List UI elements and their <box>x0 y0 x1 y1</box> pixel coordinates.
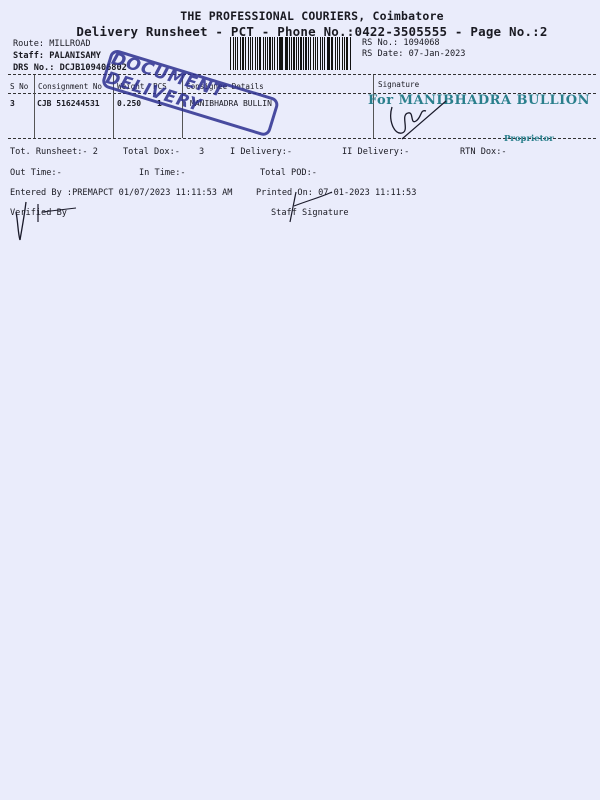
header-sno: S No <box>10 82 28 91</box>
total-dox-label: Total Dox:- <box>123 147 180 157</box>
column-divider <box>34 75 35 138</box>
barcode <box>230 37 352 70</box>
verifier-signature-icon <box>8 198 78 243</box>
rs-number: RS No.: 1094068 <box>362 38 440 48</box>
company-title: THE PROFESSIONAL COURIERS, Coimbatore <box>12 9 600 23</box>
i-delivery: I Delivery:- <box>230 147 292 157</box>
total-dox-value: 3 <box>199 147 204 157</box>
header-consignment-no: Consignment No <box>38 82 102 91</box>
rs-date: RS Date: 07-Jan-2023 <box>362 49 465 59</box>
staff-signature-icon <box>280 190 350 225</box>
staff-label: Staff: PALANISAMY <box>13 51 101 61</box>
cell-consignment-no: CJB 516244531 <box>37 99 100 108</box>
rtn-dox: RTN Dox:- <box>460 147 507 157</box>
ii-delivery: II Delivery:- <box>342 147 409 157</box>
tot-runsheet: Tot. Runsheet:- 2 <box>10 147 98 157</box>
entered-by: Entered By :PREMAPCT 01/07/2023 11:11:53… <box>10 188 232 198</box>
cell-sno: 3 <box>10 99 15 108</box>
header-signature: Signature <box>378 80 419 89</box>
out-time: Out Time:- <box>10 168 62 178</box>
divider <box>8 74 596 75</box>
cell-weight: 0.250 <box>117 99 141 108</box>
proprietor-label: Proprietor <box>504 134 554 144</box>
in-time: In Time:- <box>139 168 186 178</box>
receiver-signature-icon <box>380 95 460 145</box>
total-pod: Total POD:- <box>260 168 317 178</box>
route-label: Route: MILLROAD <box>13 39 91 49</box>
